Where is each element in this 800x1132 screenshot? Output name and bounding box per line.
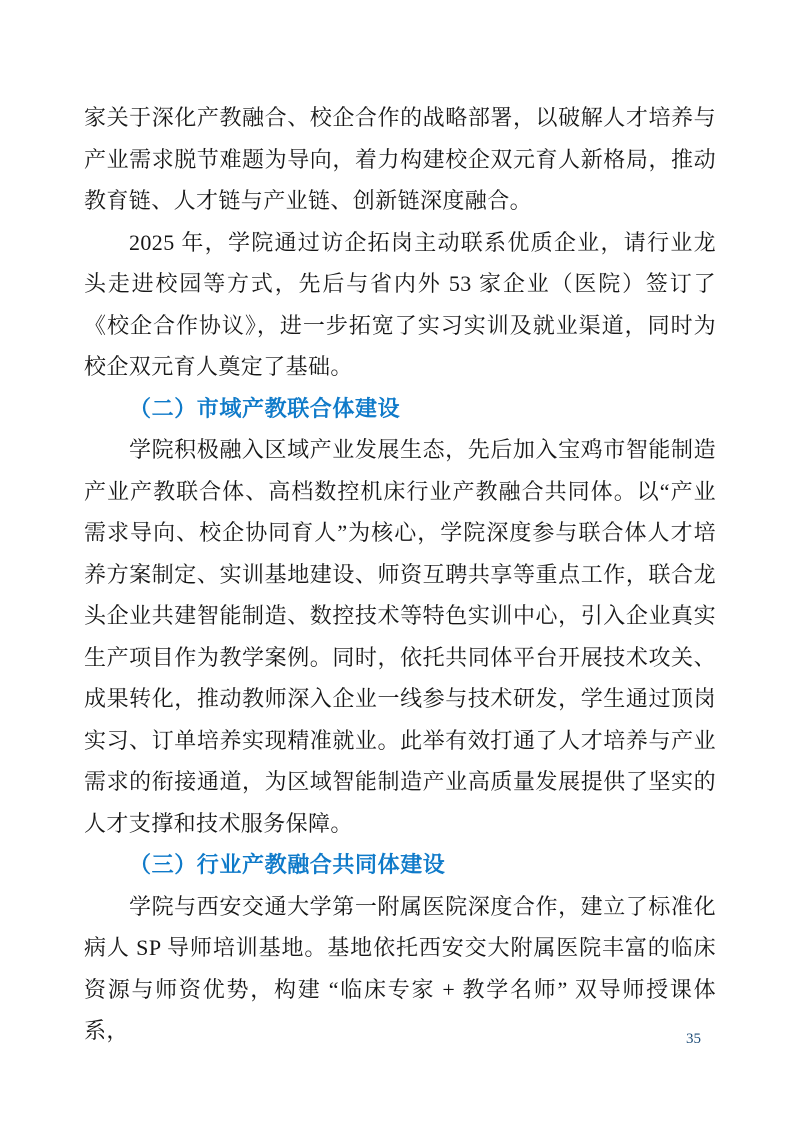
- body-paragraph: 2025 年，学院通过访企拓岗主动联系优质企业，请行业龙头走进校园等方式，先后与…: [84, 222, 716, 388]
- section-heading-3: （三）行业产教融合共同体建设: [84, 844, 716, 886]
- body-paragraph: 学院积极融入区域产业发展生态，先后加入宝鸡市智能制造产业产教联合体、高档数控机床…: [84, 429, 716, 844]
- body-paragraph-continuation: 家关于深化产教融合、校企合作的战略部署，以破解人才培养与产业需求脱节难题为导向，…: [84, 97, 716, 222]
- page-number: 35: [686, 1028, 716, 1050]
- document-page: 家关于深化产教融合、校企合作的战略部署，以破解人才培养与产业需求脱节难题为导向，…: [0, 0, 800, 1132]
- page-content: 家关于深化产教融合、校企合作的战略部署，以破解人才培养与产业需求脱节难题为导向，…: [84, 97, 716, 1052]
- body-paragraph: 学院与西安交通大学第一附属医院深度合作，建立了标准化病人 SP 导师培训基地。基…: [84, 886, 716, 1052]
- section-heading-2: （二）市域产教联合体建设: [84, 388, 716, 430]
